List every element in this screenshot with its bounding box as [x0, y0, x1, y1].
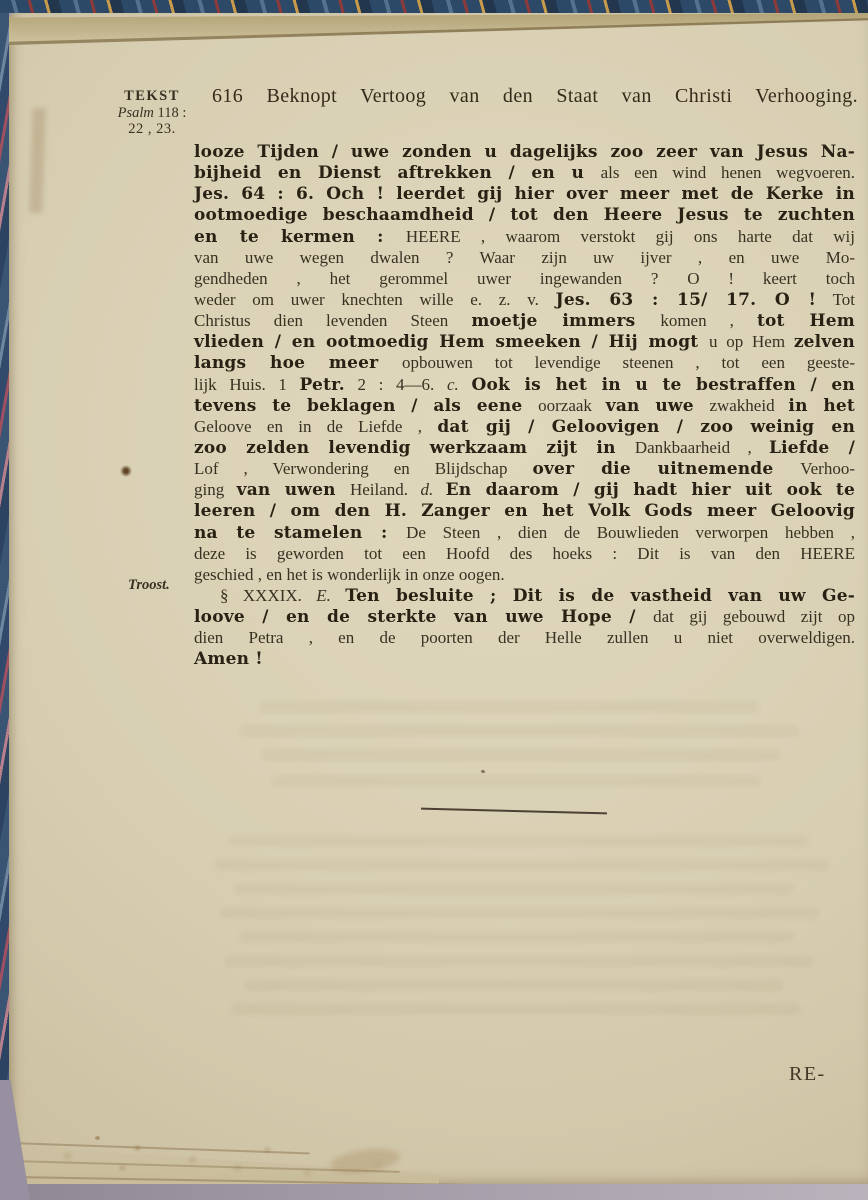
marbled-cover-edge-left [0, 13, 9, 1088]
bleedthrough-row [244, 979, 784, 991]
text-line-4: ootmoedige beschaamdheid / tot den Heere… [194, 204, 855, 225]
text-line-20: deze is geworden tot een Hoofd des hoeks… [194, 543, 855, 564]
bleedthrough-row [261, 749, 781, 761]
text-line-22: § XXXIX. E. Ten besluite ; Dit is de vas… [194, 585, 855, 606]
text-segment: HEERE , waarom verstokt gij ons harte da… [406, 227, 855, 246]
text-line-16: Lof , Verwondering en Blijdschap over di… [194, 458, 855, 479]
text-segment: c. [447, 375, 471, 394]
bleedthrough-row [259, 701, 759, 713]
background-surface-bottom [0, 1184, 868, 1200]
text-segment: De Steen , dien de Bouwlieden verworpen … [406, 523, 855, 542]
text-segment: als een wind henen wegvoeren. [601, 163, 855, 182]
text-segment: Jes. 64 : 6. Och ! leerdet gij hier over… [194, 184, 855, 204]
text-segment: tot Hem [757, 311, 855, 331]
text-line-24: dien Petra , en de poorten der Helle zul… [194, 627, 855, 648]
text-line-1: looze Tijden / uwe zonden u dagelijks zo… [194, 141, 855, 162]
text-segment: moetje immers [471, 311, 660, 331]
text-segment: Verhoo- [800, 459, 855, 478]
text-line-5: en te kermen : HEERE , waarom verstokt g… [194, 226, 855, 247]
text-segment: langs hoe meer [194, 353, 402, 373]
text-line-9: Christus dien levenden Steen moetje imme… [194, 310, 855, 331]
margin-psalm-reference: Psalm 118 : [108, 105, 196, 122]
book-page: TEKST Psalm 118 : 22 , 23. Troost. 616 B… [9, 13, 868, 1186]
text-segment: Ook is het in u te bestraffen / en [471, 375, 855, 395]
text-segment: dat gij / Geloovigen / zoo weinig en [437, 417, 855, 437]
text-segment: Petr. [300, 375, 345, 395]
text-segment: Amen ! [194, 649, 263, 669]
margin-note-troost: Troost. [128, 577, 170, 594]
text-segment: en te kermen : [194, 227, 406, 247]
text-segment: Dankbaarheid , [635, 438, 769, 457]
text-segment: dien Petra , en de poorten der Helle zul… [194, 628, 855, 647]
text-segment: Liefde / [769, 438, 855, 458]
margin-psalm-word: Psalm [118, 105, 154, 121]
margin-verse-numbers: 22 , 23. [108, 121, 196, 138]
text-segment: van uwe [606, 396, 710, 416]
text-line-10: vlieden / en ootmoedig Hem smeeken / Hij… [194, 331, 855, 352]
margin-note-text-reference: TEKST Psalm 118 : 22 , 23. [108, 88, 196, 138]
bleedthrough-row [239, 725, 799, 737]
text-segment: u op Hem [709, 332, 794, 351]
text-line-2: bijheid en Dienst aftrekken / en u als e… [194, 162, 855, 183]
foxing-stains-bottom-left [95, 1136, 100, 1140]
text-line-13: tevens te beklagen / als eene oorzaak va… [194, 395, 855, 416]
text-segment: Ten besluite ; Dit is de vastheid van uw… [345, 586, 855, 606]
text-segment: Heiland. [350, 480, 420, 499]
margin-label-tekst: TEKST [108, 88, 196, 105]
bleedthrough-row [271, 775, 761, 787]
text-segment: gendheden , het gerommel uwer ingewanden… [194, 269, 855, 288]
text-segment: zwakheid [709, 396, 788, 415]
section-divider-rule [421, 808, 607, 815]
text-segment: En daarom / gij hadt hier uit ook te [446, 480, 855, 500]
text-line-14: Geloove en in de Liefde , dat gij / Gelo… [194, 416, 855, 437]
text-segment: lijk Huis. 1 [194, 375, 300, 394]
bleedthrough-row [214, 859, 829, 871]
text-line-15: zoo zelden levendig werkzaam zijt in Dan… [194, 437, 855, 458]
text-line-25: Amen ! [194, 648, 855, 669]
text-segment: komen , [660, 311, 757, 330]
running-title: Beknopt Vertoog van den Staat van Christ… [267, 85, 858, 107]
text-line-23: loove / en de sterkte van uwe Hope / dat… [194, 606, 855, 627]
text-segment: ootmoedige beschaamdheid / tot den Heere… [194, 205, 855, 225]
text-segment: § XXXIX. [220, 586, 316, 605]
text-segment: Lof , Verwondering en Blijdschap [194, 459, 532, 478]
text-line-3: Jes. 64 : 6. Och ! leerdet gij hier over… [194, 183, 855, 204]
text-segment: Jes. 63 : 15/ 17. O ! [556, 290, 817, 310]
running-header: 616 Beknopt Vertoog van den Staat van Ch… [212, 85, 858, 108]
stain-speck [481, 769, 486, 773]
text-segment: ging [194, 480, 237, 499]
text-segment: over die uitnemende [532, 459, 800, 479]
text-segment: oorzaak [538, 396, 606, 415]
catchword: RE- [789, 1063, 826, 1086]
text-segment: tevens te beklagen / als eene [194, 396, 538, 416]
text-line-8: weder om uwer knechten wille e. z. v. Je… [194, 289, 855, 310]
text-segment: Christus dien levenden Steen [194, 311, 471, 330]
stain-spot-left-margin [120, 465, 132, 477]
bleedthrough-row [231, 1003, 801, 1015]
bleedthrough-row [229, 835, 809, 847]
text-segment: Tot [816, 290, 855, 309]
text-segment: zelven [794, 332, 855, 352]
bleedthrough-row [239, 931, 794, 943]
book-photo: TEKST Psalm 118 : 22 , 23. Troost. 616 B… [0, 0, 868, 1200]
text-segment: weder om uwer knechten wille e. z. v. [194, 290, 556, 309]
text-line-19: na te stamelen : De Steen , dien de Bouw… [194, 522, 855, 543]
text-segment: van uwe wegen dwalen ? Waar zijn uw ijve… [194, 248, 855, 267]
text-segment: leeren / om den H. Zanger en het Volk Go… [194, 501, 855, 521]
text-segment: dat gij gebouwd zijt op [653, 607, 855, 626]
text-segment: geschied , en het is wonderlijk in onze … [194, 565, 505, 584]
text-line-6: van uwe wegen dwalen ? Waar zijn uw ijve… [194, 247, 855, 268]
text-segment: zoo zelden levendig werkzaam zijt in [194, 438, 635, 458]
text-line-11: langs hoe meer opbouwen tot levendige st… [194, 352, 855, 373]
text-segment: na te stamelen : [194, 523, 406, 543]
text-segment: vlieden / en ootmoedig Hem smeeken / Hij… [194, 332, 709, 352]
text-segment: Geloove en in de Liefde , [194, 417, 437, 436]
text-line-17: ging van uwen Heiland. d. En daarom / gi… [194, 479, 855, 500]
bleedthrough-row [219, 907, 819, 919]
margin-psalm-chapter: 118 : [158, 105, 187, 121]
text-segment: opbouwen tot levendige steenen , tot een… [402, 353, 855, 372]
bleedthrough-row [224, 955, 814, 967]
text-line-18: leeren / om den H. Zanger en het Volk Go… [194, 500, 855, 521]
text-line-21: geschied , en het is wonderlijk in onze … [194, 564, 855, 585]
text-segment: in het [788, 396, 855, 416]
marbled-cover-edge-top [0, 0, 868, 13]
text-segment: deze is geworden tot een Hoofd des hoeks… [194, 544, 855, 563]
text-line-7: gendheden , het gerommel uwer ingewanden… [194, 268, 855, 289]
text-segment: bijheid en Dienst aftrekken / en u [194, 163, 601, 183]
bleedthrough-row [234, 883, 794, 895]
page-number: 616 [212, 85, 243, 107]
body-text: looze Tijden / uwe zonden u dagelijks zo… [194, 141, 855, 670]
text-segment: E. [316, 586, 345, 605]
text-line-12: lijk Huis. 1 Petr. 2 : 4—6. c. Ook is he… [194, 374, 855, 395]
stain-top-left [29, 108, 46, 213]
text-segment: 2 : 4—6. [345, 375, 447, 394]
text-segment: d. [420, 480, 445, 499]
text-segment: looze Tijden / uwe zonden u dagelijks zo… [194, 142, 855, 162]
text-segment: loove / en de sterkte van uwe Hope / [194, 607, 653, 627]
text-segment: van uwen [237, 480, 350, 500]
